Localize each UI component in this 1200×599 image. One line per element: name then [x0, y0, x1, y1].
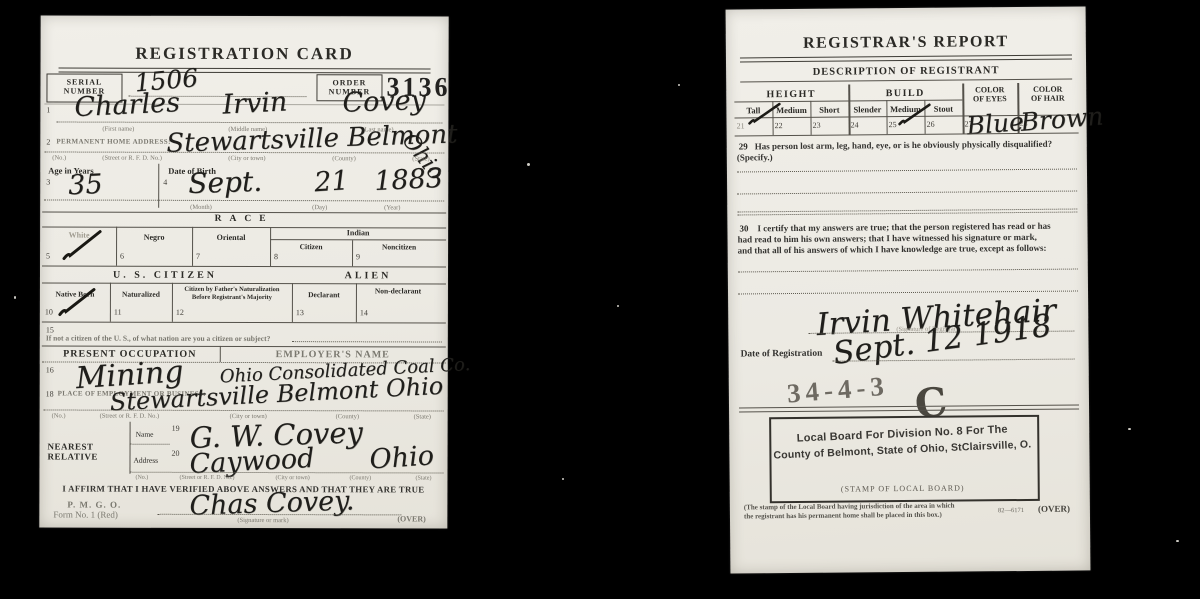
- month-label: (Month): [190, 204, 212, 211]
- home-address-label: PERMANENT HOME ADDRESS:: [56, 138, 171, 146]
- line-29-specify-label: (Specify.): [737, 152, 773, 162]
- answer-dotted-line: [737, 169, 1077, 173]
- relative-name-rule: [130, 444, 170, 445]
- race-negro-label: Negro: [116, 233, 192, 242]
- age-divider: [158, 164, 159, 208]
- address-county-label: (County): [332, 155, 356, 162]
- birth-month-value: Sept.: [188, 165, 263, 200]
- declarant-number: 13: [296, 308, 304, 317]
- address-city-label: (City or town): [228, 155, 265, 162]
- build-slender-label: Slender: [848, 104, 886, 114]
- middle-name-value: Irvin: [222, 86, 288, 120]
- line-20-number: 20: [172, 449, 180, 458]
- race-white-number: 5: [46, 251, 50, 260]
- native-born-number: 10: [45, 307, 53, 316]
- native-born-checkmark-icon: [56, 286, 98, 320]
- race-indian-citizen-label: Citizen: [270, 242, 352, 251]
- race-oriental-number: 7: [196, 252, 200, 261]
- citizen-col-divider: [356, 283, 357, 322]
- line-30-text-3: and that all of his answers of which I h…: [738, 242, 1082, 255]
- number-23: 23: [813, 121, 821, 130]
- line-16-number: 16: [46, 365, 54, 374]
- scan-speck: [678, 84, 680, 86]
- employment-state-label: (State): [414, 413, 431, 420]
- alien-header: ALIEN: [290, 270, 446, 281]
- line-18-number: 18: [46, 389, 54, 398]
- citizen-col-divider: [172, 283, 173, 322]
- height-header: HEIGHT: [734, 89, 848, 101]
- day-label: (Day): [312, 204, 327, 211]
- nearest-relative-label-2: RELATIVE: [48, 451, 98, 461]
- employment-street-label: (Street or R. F. D. No.): [100, 413, 160, 420]
- line-15-dotted: [292, 341, 442, 342]
- dob-dotted-line: [44, 199, 444, 201]
- exception-dotted-line: [738, 269, 1078, 273]
- naturalized-label: Naturalized: [110, 290, 172, 299]
- race-indian-noncitizen-label: Noncitizen: [352, 242, 446, 251]
- answer-dotted-line: [737, 191, 1077, 195]
- stamp-instruction-line-2: the registrant has his permanent home sh…: [744, 511, 942, 521]
- address-street-label: (Street or R. F. D. No.): [102, 155, 162, 162]
- line-3-number: 3: [46, 177, 50, 186]
- registrars-report-back: REGISTRAR'S REPORT DESCRIPTION OF REGIST…: [726, 6, 1091, 573]
- father-naturalization-number: 12: [176, 308, 184, 317]
- relative-city-label: (City or town): [275, 475, 309, 481]
- relative-no-label: (No.): [135, 475, 148, 481]
- line-2-number: 2: [46, 137, 50, 146]
- report-title: REGISTRAR'S REPORT: [726, 32, 1086, 53]
- pmgo-label: P. M. G. O.: [67, 500, 121, 510]
- color-of-eyes-header-1: COLOR: [962, 85, 1017, 94]
- scan-speck: [562, 478, 564, 480]
- father-naturalization-label-1: Citizen by Father's Naturalization: [174, 286, 290, 293]
- employment-no-label: (No.): [52, 412, 66, 419]
- line-29-text: Has person lost arm, leg, hand, eye, or …: [755, 138, 1081, 151]
- scan-speck: [1128, 428, 1131, 430]
- birth-year-value: 1883: [374, 163, 444, 197]
- serial-label: SERIAL: [47, 77, 121, 86]
- division-stamp-code: 34-4-3: [786, 371, 890, 410]
- report-form-number: 82—6171: [998, 507, 1024, 514]
- year-label: (Year): [384, 204, 400, 211]
- citizen-table-bottom: [42, 321, 446, 323]
- line-15-text: If not a citizen of the U. S., of what n…: [46, 333, 271, 343]
- number-21: 21: [737, 121, 745, 130]
- scanned-document-page: { "registration_card": { "title": "REGIS…: [0, 0, 1200, 599]
- father-naturalization-label-2: Before Registrant's Majority: [174, 294, 290, 301]
- race-table-bottom: [42, 265, 446, 267]
- line-30-number: 30: [739, 223, 748, 233]
- number-25: 25: [889, 120, 897, 129]
- date-of-registration-label: Date of Registration: [741, 349, 823, 360]
- naturalized-number: 11: [114, 308, 122, 317]
- non-declarant-number: 14: [360, 308, 368, 317]
- race-indian-label: Indian: [270, 228, 446, 237]
- height-tall-checkmark-icon: [746, 101, 782, 127]
- relative-divider: [129, 422, 130, 474]
- build-medium-checkmark-icon: [896, 102, 932, 128]
- scan-speck: [14, 296, 16, 299]
- report-title-rule: [740, 55, 1072, 63]
- back-over-label: (OVER): [1038, 504, 1070, 514]
- relative-state-label: (State): [415, 475, 431, 481]
- relative-address-label: Address: [133, 456, 158, 465]
- number-24: 24: [851, 120, 859, 129]
- relative-address-state-value: Ohio: [369, 440, 435, 475]
- color-of-hair-header-2: OF HAIR: [1017, 94, 1078, 104]
- citizen-table-top: [42, 282, 446, 284]
- answer-dotted-line: [737, 212, 1077, 216]
- scan-speck: [1176, 540, 1179, 542]
- relative-street-label: (Street or R. F. D. No.): [179, 475, 234, 481]
- race-negro-number: 6: [120, 252, 124, 261]
- line-29-number: 29: [739, 141, 748, 151]
- race-citizen-number: 8: [274, 252, 278, 261]
- relative-name-label: Name: [136, 430, 154, 439]
- description-header: DESCRIPTION OF REGISTRANT: [726, 64, 1086, 78]
- citizen-col-divider: [110, 283, 111, 322]
- registration-card-front: REGISTRATION CARD SERIAL NUMBER 1506 ORD…: [39, 15, 448, 528]
- employment-dotted-line: [44, 409, 444, 411]
- race-white-checkmark-icon: [60, 228, 104, 264]
- rule: [42, 345, 446, 347]
- race-noncitizen-number: 9: [356, 252, 360, 261]
- race-header: RACE: [40, 213, 448, 224]
- build-header: BUILD: [848, 88, 962, 100]
- card-title: REGISTRATION CARD: [41, 43, 449, 64]
- line-4-number: 4: [163, 178, 167, 187]
- scan-speck: [527, 163, 530, 166]
- indian-sub-rule: [270, 239, 446, 240]
- front-over-label: (OVER): [397, 514, 425, 523]
- nearest-relative-label-1: NEAREST: [48, 441, 94, 451]
- rule: [740, 79, 1072, 83]
- non-declarant-label: Non-declarant: [372, 286, 424, 295]
- citizen-col-divider: [292, 283, 293, 322]
- first-name-value: Charles: [74, 87, 181, 123]
- scan-speck: [617, 305, 619, 307]
- last-name-value: Covey: [342, 85, 426, 119]
- hair-color-value: Brown: [1020, 101, 1105, 136]
- race-oriental-label: Oriental: [192, 233, 270, 242]
- us-citizen-header: U. S. CITIZEN: [40, 269, 290, 281]
- age-value: 35: [67, 169, 103, 202]
- line-19-number: 19: [172, 424, 180, 433]
- signature-or-mark-label: (Signature or mark): [237, 517, 288, 524]
- declarant-label: Declarant: [292, 290, 356, 299]
- first-name-label: (First name): [102, 126, 134, 133]
- relative-county-label: (County): [349, 475, 371, 481]
- address-state-label: (State): [412, 155, 429, 162]
- eye-color-value: Blue: [966, 107, 1025, 140]
- birth-day-value: 21: [313, 165, 349, 198]
- color-of-eyes-header-2: OF EYES: [962, 94, 1017, 103]
- address-no-label: (No.): [52, 154, 66, 161]
- title-rule: [59, 68, 431, 74]
- form-number-label: Form No. 1 (Red): [53, 510, 118, 520]
- line-1-number: 1: [46, 105, 50, 114]
- height-short-label: Short: [810, 105, 848, 115]
